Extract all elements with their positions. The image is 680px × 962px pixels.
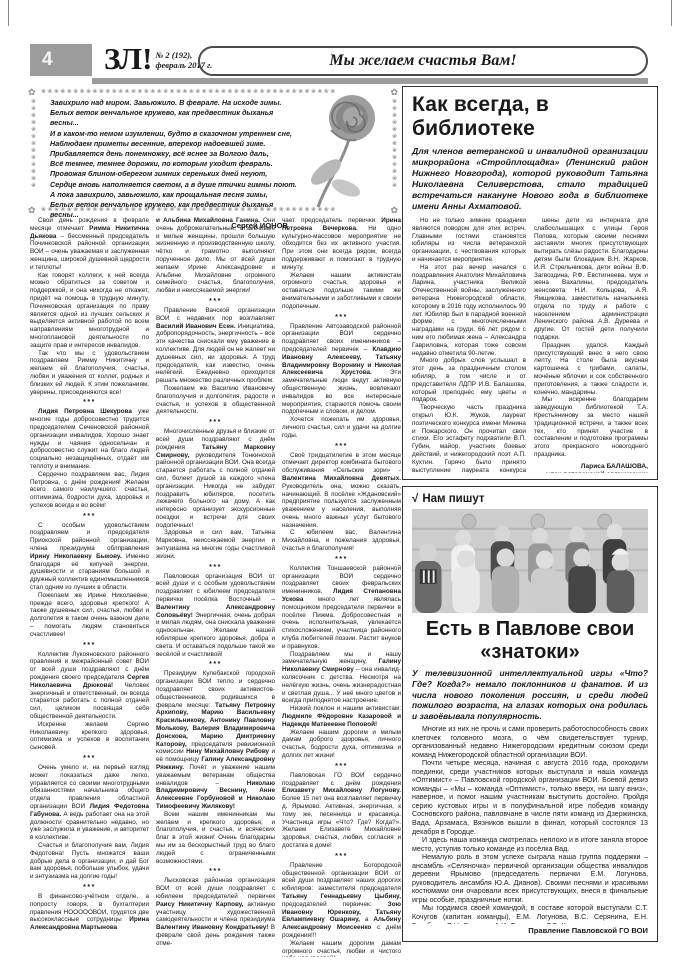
pavlovo-title-line-2: «знатоки» xyxy=(412,641,648,664)
pavlovo-title-line-1: Есть в Павлове свои xyxy=(412,618,648,641)
pavlovo-article-title: Есть в Павлове свои «знатоки» xyxy=(412,618,648,664)
library-article-title: Как всегда, в библиотеке xyxy=(412,93,648,141)
newspaper-page: 4 ЗЛ! № 2 (192), февраль 2017 г. Мы жела… xyxy=(0,0,680,962)
library-article-signature: Лариса БАЛАШОВА,член ветеранской организ… xyxy=(534,463,648,473)
pavlovo-article-body: Многие из них не прочь и сами проверить … xyxy=(412,725,648,924)
library-article-body: Но не только зимние праздники являются п… xyxy=(412,217,648,473)
flower-ornament-icon: ✿ xyxy=(390,87,398,98)
poem-text: Завихрило над миром. Завьюжило. В феврал… xyxy=(50,98,302,232)
greetings-columns: Свой день рождения в феврале месяце отме… xyxy=(30,217,402,957)
library-article-lead: Для членов ветеранской и инвалидной орга… xyxy=(412,146,648,212)
library-article: Как всегда, в библиотеке Для членов вете… xyxy=(402,86,658,480)
poem-block: ❀❀❀❀❀❀❀❀❀❀❀❀❀❀❀❀❀❀❀❀❀❀❀❀❀❀❀❀❀❀❀❀❀❀❀❀❀❀❀❀… xyxy=(28,88,398,215)
library-article-column-2: шены дети из интерната для слабослышащих… xyxy=(534,217,648,473)
greetings-column-1: Свой день рождения в феврале месяце отме… xyxy=(30,217,149,957)
logo-text: ЗЛ! xyxy=(104,42,152,76)
library-article-column-2-text: шены дети из интерната для слабослышащих… xyxy=(534,217,648,459)
flower-ornament-icon: ✿ xyxy=(390,205,398,216)
nam-pishut-section: √Нам пишут xyxy=(402,486,658,942)
flower-ornament-icon: ✿ xyxy=(28,205,36,216)
ornament-border-left: ❀❀❀❀❀❀❀❀❀❀❀❀❀ xyxy=(28,98,37,205)
crop-mark-left xyxy=(8,0,9,26)
greetings-column-2: и Альбина Михайловна Ганина. Они очень д… xyxy=(156,217,275,957)
issue-number: № 2 (192), xyxy=(155,50,192,60)
banner-text: Мы желаем счастья Вам! xyxy=(329,52,516,70)
masthead-banner: Мы желаем счастья Вам! xyxy=(198,46,648,76)
page-number: 4 xyxy=(30,44,92,76)
pavlovo-article-signature: Правление Павловской ГО ВОИ xyxy=(412,926,648,935)
crop-mark-right xyxy=(671,0,672,26)
group-photo xyxy=(412,509,648,613)
library-article-column-1: Но не только зимние праздники являются п… xyxy=(412,217,526,473)
section-header: √Нам пишут xyxy=(412,493,648,505)
check-icon: √ xyxy=(412,493,418,505)
newspaper-logo: ЗЛ! № 2 (192), февраль 2017 г. xyxy=(104,42,212,76)
header-rule xyxy=(92,78,648,84)
rose-image xyxy=(290,90,388,208)
section-header-label: Нам пишут xyxy=(422,493,484,505)
pavlovo-article-lead: У телевизионной интеллектуальной игры «Ч… xyxy=(412,668,648,722)
flower-ornament-icon: ✿ xyxy=(28,87,36,98)
greetings-column-3: чает председатель первички Ирина Петровн… xyxy=(282,217,401,957)
poem-lines: Завихрило над миром. Завьюжило. В феврал… xyxy=(50,98,302,220)
ornament-border-right: ❀❀❀❀❀❀❀❀❀❀❀❀❀ xyxy=(389,98,398,205)
